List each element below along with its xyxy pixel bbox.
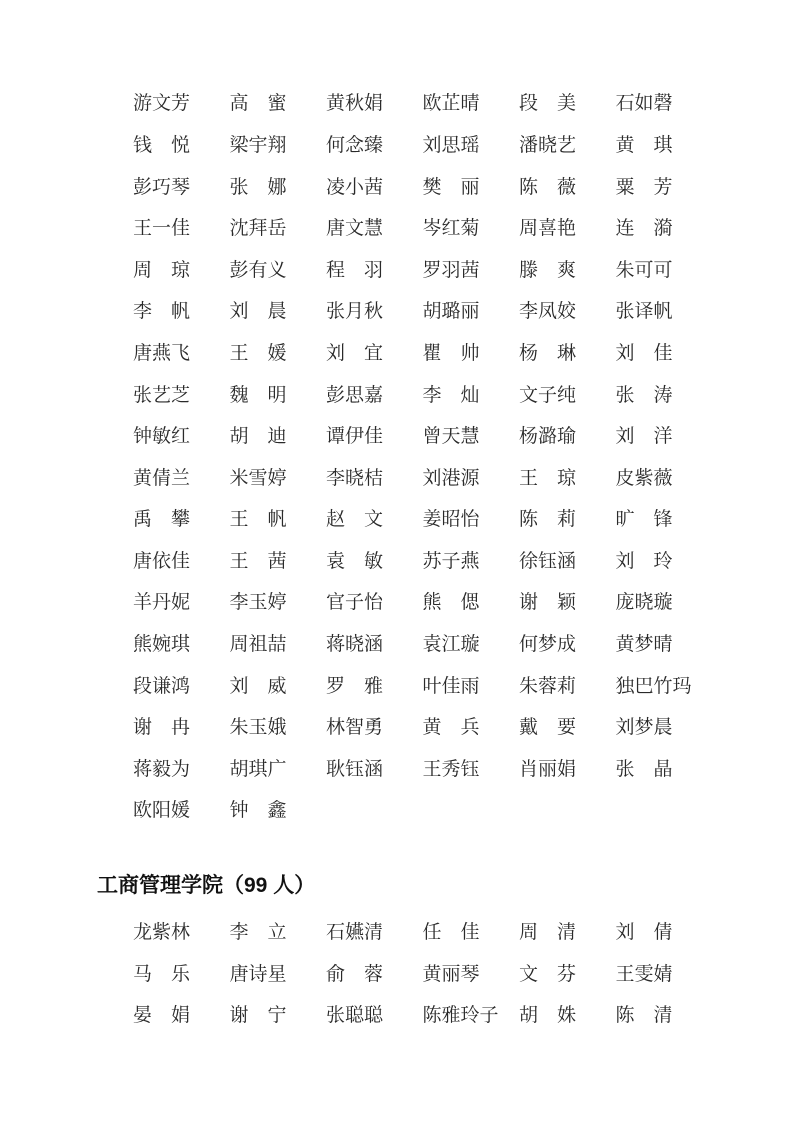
person-name: 钱 悦	[133, 136, 230, 157]
person-name: 龙紫林	[133, 923, 230, 944]
person-name: 米雪婷	[230, 469, 327, 490]
person-name: 谢 冉	[133, 718, 230, 739]
name-row: 钟敏红胡 迪谭伊佳曾天慧杨潞瑜刘 洋	[0, 417, 793, 459]
person-name: 林智勇	[326, 718, 423, 739]
person-name: 黄秋娟	[326, 94, 423, 115]
person-name: 钟敏红	[133, 427, 230, 448]
person-name: 高 蜜	[230, 94, 327, 115]
person-name: 张 晶	[616, 760, 713, 781]
person-name: 沈拜岳	[230, 219, 327, 240]
person-name: 连 漪	[616, 219, 713, 240]
person-name: 庞晓璇	[616, 593, 713, 614]
person-name: 张译帆	[616, 302, 713, 323]
person-name: 彭思嘉	[326, 386, 423, 407]
name-row: 钱 悦梁宇翔何念臻刘思瑶潘晓艺黄 琪	[0, 126, 793, 168]
name-row: 段谦鸿刘 威罗 雅叶佳雨朱蓉莉独巴竹玛	[0, 666, 793, 708]
person-name: 羊丹妮	[133, 593, 230, 614]
person-name: 魏 明	[230, 386, 327, 407]
name-row: 谢 冉朱玉娥林智勇黄 兵戴 要刘梦晨	[0, 708, 793, 750]
person-name: 胡璐丽	[423, 302, 520, 323]
person-name: 杨潞瑜	[519, 427, 616, 448]
person-name: 欧阳媛	[133, 801, 230, 822]
person-name: 陈 莉	[519, 510, 616, 531]
name-row: 晏 娟谢 宁张聪聪陈雅玲子胡 姝陈 清	[0, 996, 793, 1038]
person-name: 肖丽娟	[519, 760, 616, 781]
person-name: 王雯婧	[616, 965, 713, 986]
person-name: 刘 玲	[616, 552, 713, 573]
person-name: 袁 敏	[326, 552, 423, 573]
name-row: 禹 攀王 帆赵 文姜昭怡陈 莉旷 锋	[0, 500, 793, 542]
college-section: 工商管理学院（99 人） 龙紫林李 立石嬿清任 佳周 清刘 倩马 乐唐诗星俞 蓉…	[0, 871, 793, 1038]
person-name: 叶佳雨	[423, 677, 520, 698]
person-name: 岑红菊	[423, 219, 520, 240]
person-name: 刘 倩	[616, 923, 713, 944]
person-name: 朱可可	[616, 261, 713, 282]
person-name: 李 灿	[423, 386, 520, 407]
person-name: 朱玉娥	[230, 718, 327, 739]
person-name: 李凤姣	[519, 302, 616, 323]
person-name: 俞 蓉	[326, 965, 423, 986]
person-name: 石如磬	[616, 94, 713, 115]
person-name: 游文芳	[133, 94, 230, 115]
person-name: 凌小茜	[326, 178, 423, 199]
person-name: 黄丽琴	[423, 965, 520, 986]
person-name: 周 琼	[133, 261, 230, 282]
name-list-section: 游文芳高 蜜黄秋娟欧芷晴段 美石如磬钱 悦梁宇翔何念臻刘思瑶潘晓艺黄 琪彭巧琴张…	[0, 84, 793, 833]
person-name: 旷 锋	[616, 510, 713, 531]
person-name: 蒋毅为	[133, 760, 230, 781]
person-name: 苏子燕	[423, 552, 520, 573]
person-name: 熊 偲	[423, 593, 520, 614]
person-name: 刘 宜	[326, 344, 423, 365]
person-name: 蒋晓涵	[326, 635, 423, 656]
person-name: 王 茜	[230, 552, 327, 573]
person-name: 罗 雅	[326, 677, 423, 698]
person-name: 官子怡	[326, 593, 423, 614]
person-name: 黄 兵	[423, 718, 520, 739]
person-name: 梁宇翔	[230, 136, 327, 157]
person-name: 何念臻	[326, 136, 423, 157]
name-row: 游文芳高 蜜黄秋娟欧芷晴段 美石如磬	[0, 84, 793, 126]
person-name: 罗羽茜	[423, 261, 520, 282]
name-row: 张艺芝魏 明彭思嘉李 灿文子纯张 涛	[0, 375, 793, 417]
person-name: 张聪聪	[326, 1006, 423, 1027]
person-name: 任 佳	[423, 923, 520, 944]
name-row: 李 帆刘 晨张月秋胡璐丽李凤姣张译帆	[0, 292, 793, 334]
person-name: 段谦鸿	[133, 677, 230, 698]
person-name: 曾天慧	[423, 427, 520, 448]
person-name: 黄 琪	[616, 136, 713, 157]
person-name: 赵 文	[326, 510, 423, 531]
person-name: 王 琼	[519, 469, 616, 490]
person-name: 刘 威	[230, 677, 327, 698]
person-name: 姜昭怡	[423, 510, 520, 531]
person-name: 何梦成	[519, 635, 616, 656]
person-name: 独巴竹玛	[616, 677, 713, 698]
person-name: 唐依佳	[133, 552, 230, 573]
person-name: 皮紫薇	[616, 469, 713, 490]
person-name: 李 帆	[133, 302, 230, 323]
person-name: 李晓桔	[326, 469, 423, 490]
name-row: 马 乐唐诗星俞 蓉黄丽琴文 芬王雯婧	[0, 954, 793, 996]
person-name: 胡 迪	[230, 427, 327, 448]
person-name: 张艺芝	[133, 386, 230, 407]
person-name: 王 帆	[230, 510, 327, 531]
person-name: 钟 鑫	[230, 801, 327, 822]
name-grid: 游文芳高 蜜黄秋娟欧芷晴段 美石如磬钱 悦梁宇翔何念臻刘思瑶潘晓艺黄 琪彭巧琴张…	[0, 84, 793, 833]
person-name: 张 涛	[616, 386, 713, 407]
person-name: 刘 晨	[230, 302, 327, 323]
name-row: 龙紫林李 立石嬿清任 佳周 清刘 倩	[0, 913, 793, 955]
name-row: 彭巧琴张 娜凌小茜樊 丽陈 薇粟 芳	[0, 167, 793, 209]
person-name: 潘晓艺	[519, 136, 616, 157]
person-name: 耿钰涵	[326, 760, 423, 781]
person-name: 滕 爽	[519, 261, 616, 282]
person-name: 杨 琳	[519, 344, 616, 365]
person-name: 周 清	[519, 923, 616, 944]
person-name: 张月秋	[326, 302, 423, 323]
person-name: 石嬿清	[326, 923, 423, 944]
name-row: 羊丹妮李玉婷官子怡熊 偲谢 颖庞晓璇	[0, 583, 793, 625]
person-name: 粟 芳	[616, 178, 713, 199]
person-name: 刘 佳	[616, 344, 713, 365]
person-name: 王 媛	[230, 344, 327, 365]
person-name: 袁江璇	[423, 635, 520, 656]
person-name: 胡琪广	[230, 760, 327, 781]
person-name: 胡 姝	[519, 1006, 616, 1027]
person-name: 王秀钰	[423, 760, 520, 781]
person-name: 刘 洋	[616, 427, 713, 448]
person-name: 熊婉琪	[133, 635, 230, 656]
name-row: 黄倩兰米雪婷李晓桔刘港源王 琼皮紫薇	[0, 458, 793, 500]
person-name: 黄梦晴	[616, 635, 713, 656]
person-name: 马 乐	[133, 965, 230, 986]
person-name: 谢 宁	[230, 1006, 327, 1027]
document-page: 游文芳高 蜜黄秋娟欧芷晴段 美石如磬钱 悦梁宇翔何念臻刘思瑶潘晓艺黄 琪彭巧琴张…	[0, 0, 793, 1122]
name-row: 唐燕飞王 媛刘 宜瞿 帅杨 琳刘 佳	[0, 334, 793, 376]
name-grid: 龙紫林李 立石嬿清任 佳周 清刘 倩马 乐唐诗星俞 蓉黄丽琴文 芬王雯婧晏 娟谢…	[0, 913, 793, 1038]
person-name: 谢 颖	[519, 593, 616, 614]
name-row: 王一佳沈拜岳唐文慧岑红菊周喜艳连 漪	[0, 209, 793, 251]
person-name: 陈雅玲子	[423, 1006, 520, 1027]
name-row: 熊婉琪周祖喆蒋晓涵袁江璇何梦成黄梦晴	[0, 625, 793, 667]
person-name: 彭有义	[230, 261, 327, 282]
person-name: 陈 清	[616, 1006, 713, 1027]
person-name: 李 立	[230, 923, 327, 944]
person-name: 彭巧琴	[133, 178, 230, 199]
section-heading: 工商管理学院（99 人）	[97, 871, 793, 901]
name-row: 蒋毅为胡琪广耿钰涵王秀钰肖丽娟张 晶	[0, 750, 793, 792]
person-name: 周祖喆	[230, 635, 327, 656]
person-name: 周喜艳	[519, 219, 616, 240]
person-name: 文子纯	[519, 386, 616, 407]
person-name: 刘港源	[423, 469, 520, 490]
person-name: 禹 攀	[133, 510, 230, 531]
name-row: 唐依佳王 茜袁 敏苏子燕徐钰涵刘 玲	[0, 542, 793, 584]
person-name: 李玉婷	[230, 593, 327, 614]
person-name: 唐诗星	[230, 965, 327, 986]
person-name: 文 芬	[519, 965, 616, 986]
name-row: 欧阳媛钟 鑫	[0, 791, 793, 833]
person-name: 唐燕飞	[133, 344, 230, 365]
person-name: 晏 娟	[133, 1006, 230, 1027]
person-name: 戴 要	[519, 718, 616, 739]
person-name: 程 羽	[326, 261, 423, 282]
person-name: 朱蓉莉	[519, 677, 616, 698]
person-name: 刘思瑶	[423, 136, 520, 157]
person-name: 瞿 帅	[423, 344, 520, 365]
person-name: 王一佳	[133, 219, 230, 240]
person-name: 刘梦晨	[616, 718, 713, 739]
person-name: 樊 丽	[423, 178, 520, 199]
name-row: 周 琼彭有义程 羽罗羽茜滕 爽朱可可	[0, 250, 793, 292]
person-name: 欧芷晴	[423, 94, 520, 115]
person-name: 陈 薇	[519, 178, 616, 199]
person-name: 徐钰涵	[519, 552, 616, 573]
person-name: 张 娜	[230, 178, 327, 199]
person-name: 黄倩兰	[133, 469, 230, 490]
person-name: 段 美	[519, 94, 616, 115]
person-name: 唐文慧	[326, 219, 423, 240]
person-name: 谭伊佳	[326, 427, 423, 448]
